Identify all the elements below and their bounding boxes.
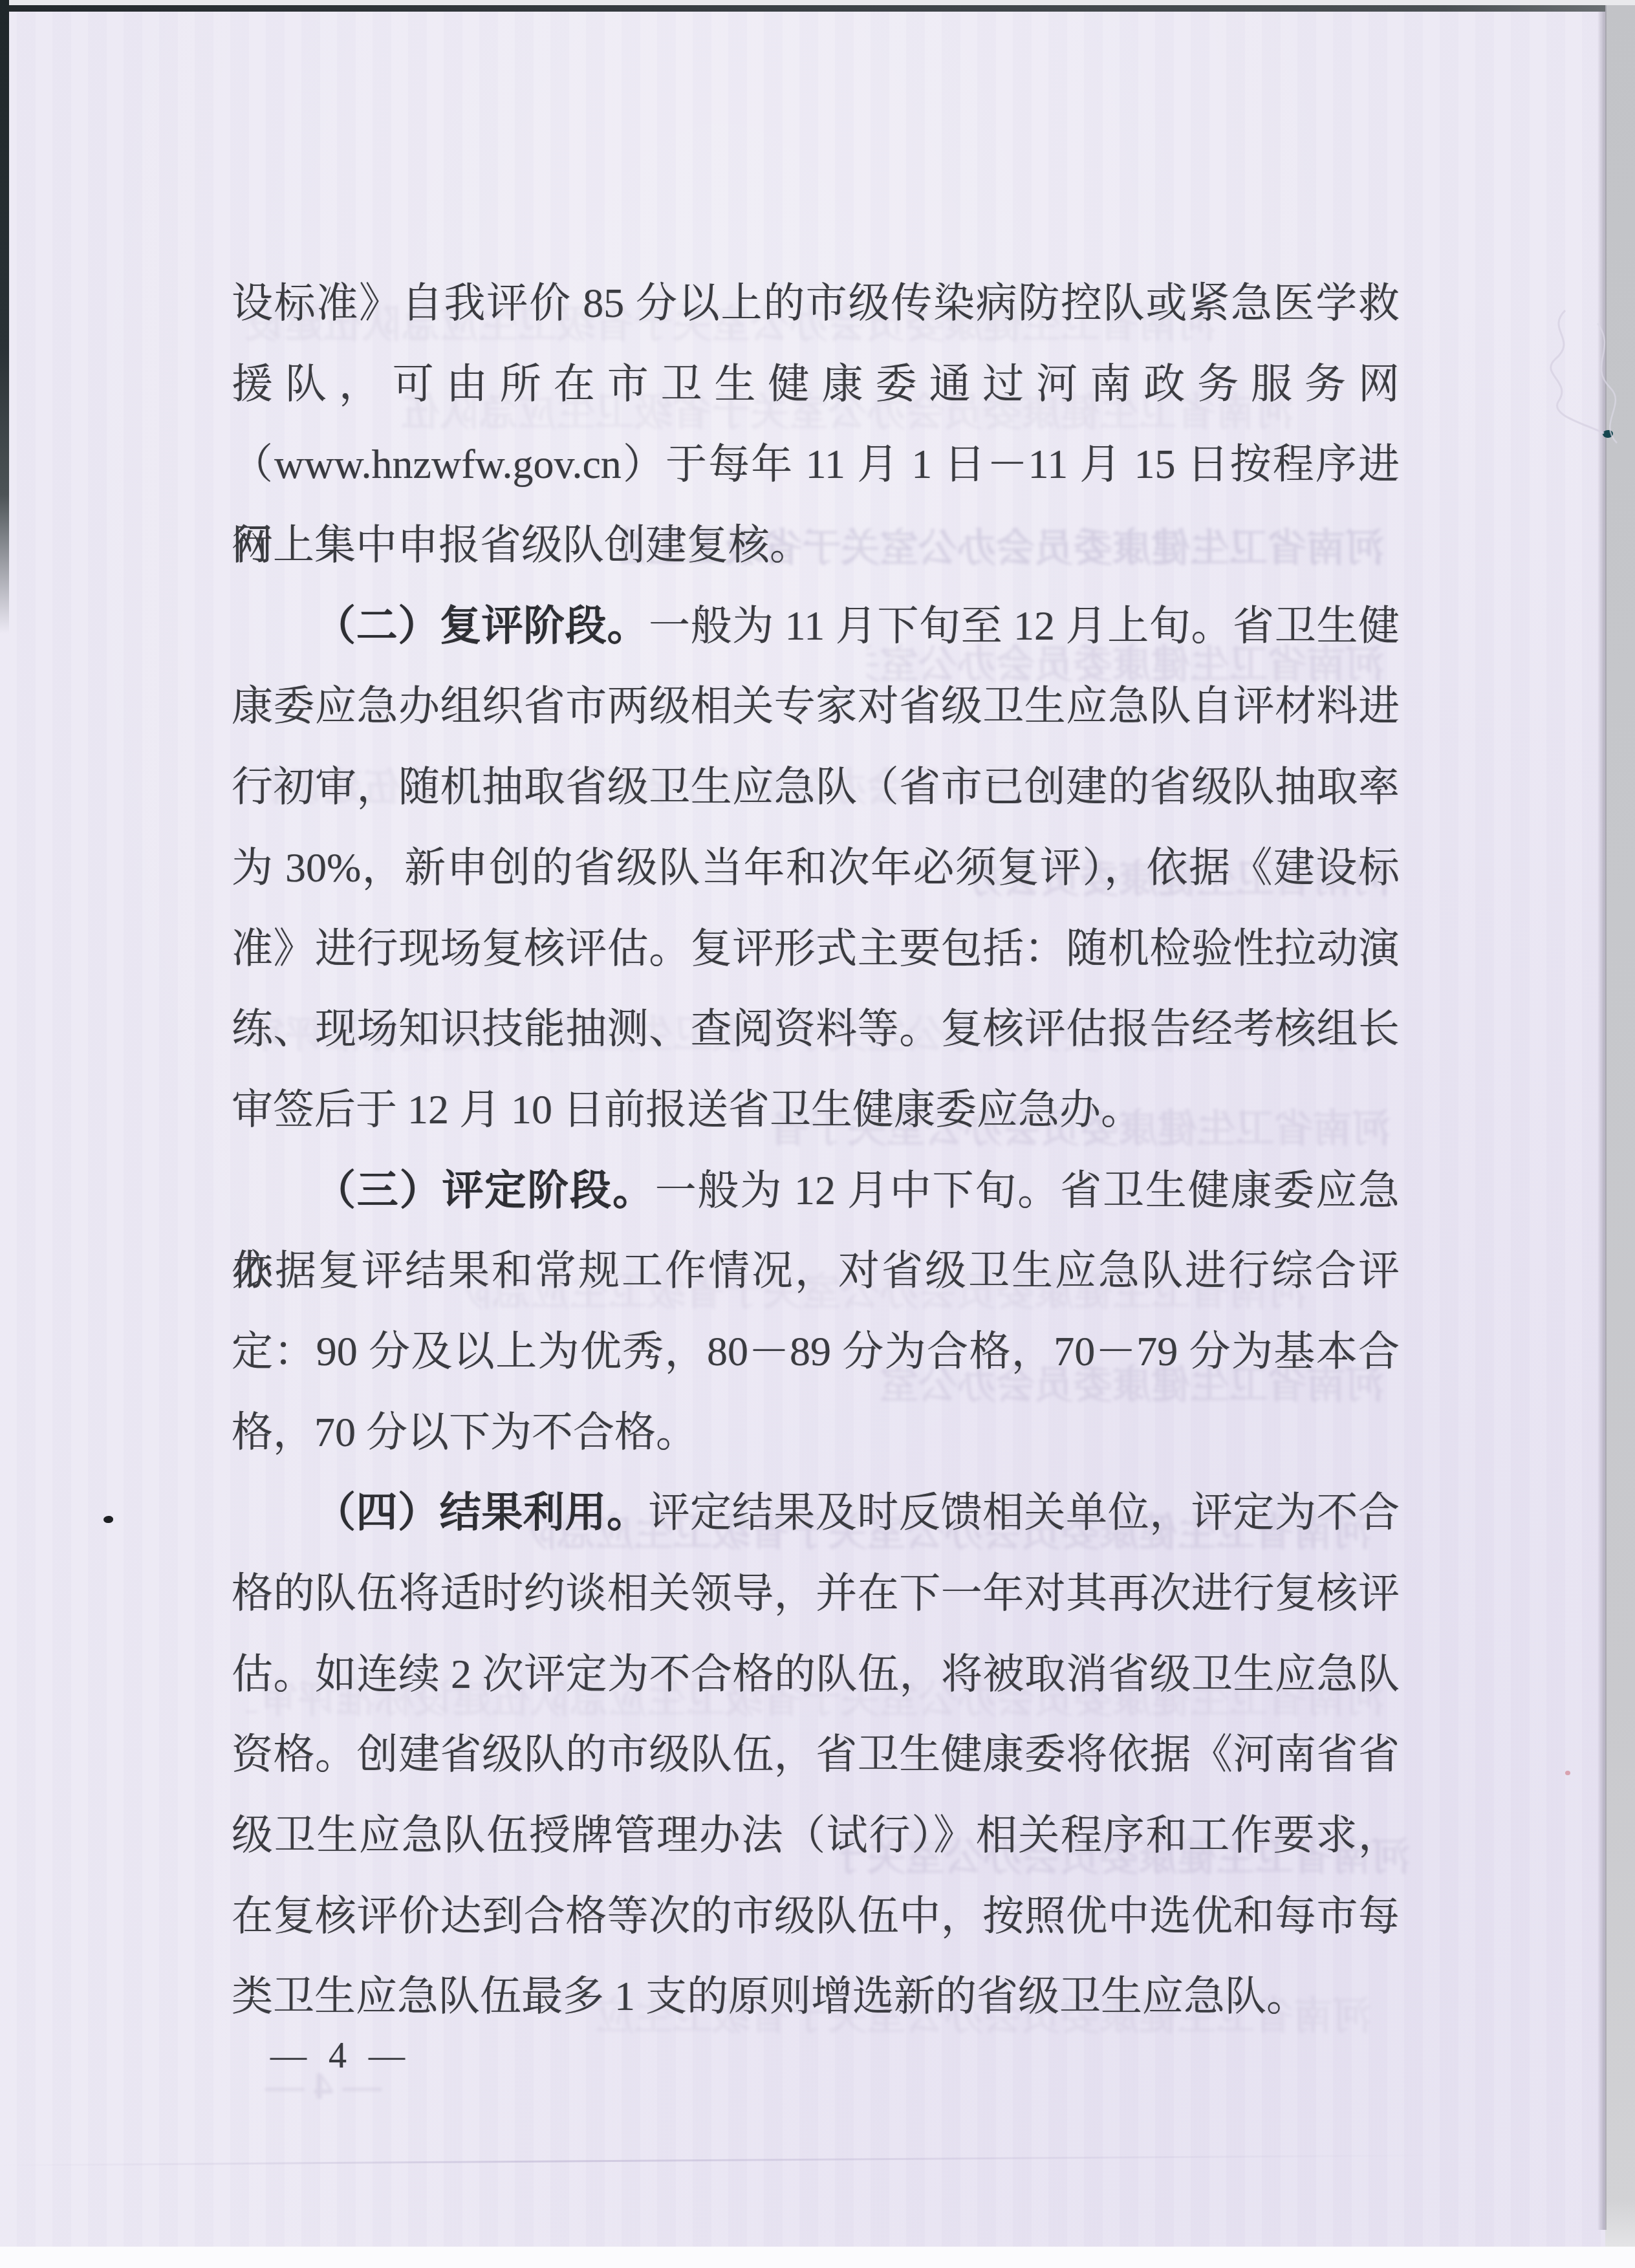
- text-line: 在复核评价达到合格等次的市级队伍中，按照优中选优和每市每: [232, 1876, 1400, 1957]
- text-line: 格，70 分以下为不合格。: [232, 1392, 1400, 1473]
- text-line: 格的队伍将适时约谈相关领导，并在下一年对其再次进行复核评: [232, 1553, 1400, 1634]
- text-line: 依据复评结果和常规工作情况，对省级卫生应急队进行综合评: [232, 1231, 1400, 1312]
- document-body: 设标准》自我评价 85 分以上的市级传染病防控队或紧急医学救 援队，可由所在市卫…: [232, 263, 1400, 2037]
- text-line: 援队，可由所在市卫生健康委通过河南政务服务网: [232, 344, 1400, 425]
- text-line: 类卫生应急队伍最多 1 支的原则增选新的省级卫生应急队。: [232, 1956, 1400, 2037]
- text-line: 估。如连续 2 次评定为不合格的队伍，将被取消省级卫生应急队: [232, 1634, 1400, 1715]
- text-line: 定：90 分及以上为优秀，80－89 分为合格，70－79 分为基本合: [232, 1312, 1400, 1392]
- scan-left-dark-strip: [0, 0, 9, 634]
- section-heading-line: （四）结果利用。评定结果及时反馈相关单位，评定为不合: [232, 1473, 1400, 1553]
- pink-speck: [1565, 1771, 1570, 1775]
- text-line: 练、现场知识技能抽测、查阅资料等。复核评估报告经考核组长: [232, 989, 1400, 1070]
- text-line: 行初审，随机抽取省级卫生应急队（省市已创建的省级队抽取率: [232, 747, 1400, 828]
- text-line: （www.hnzwfw.gov.cn）于每年 11 月 1 日－11 月 15 …: [232, 424, 1400, 505]
- text-line: 资格。创建省级队的市级队伍，省卫生健康委将依据《河南省省: [232, 1714, 1400, 1795]
- text-line: 审签后于 12 月 10 日前报送省卫生健康委应急办。: [232, 1070, 1400, 1150]
- text-line: 级卫生应急队伍授牌管理办法（试行）》相关程序和工作要求，: [232, 1795, 1400, 1876]
- text-line: 康委应急办组织省市两级相关专家对省级卫生应急队自评材料进: [232, 666, 1400, 747]
- scan-top-band: [0, 0, 1635, 5]
- text-line: 为 30%，新申创的省级队当年和次年必须复评），依据《建设标: [232, 828, 1400, 909]
- text-line: 设标准》自我评价 85 分以上的市级传染病防控队或紧急医学救: [232, 263, 1400, 344]
- page-number: — 4 —: [270, 2037, 411, 2075]
- scan-bottom-band: [0, 2247, 1635, 2268]
- scratch-marks: [1526, 304, 1635, 485]
- section-heading-line: （三）评定阶段。一般为 12 月中下旬。省卫生健康委应急办: [232, 1150, 1400, 1231]
- scanned-document-page: 河南省卫生健康委员会办公室关于省级卫生应急队伍建设标准评审工作安排管理规定的通知…: [0, 0, 1635, 2268]
- text-line: 网上集中申报省级队创建复核。: [232, 505, 1400, 586]
- section-heading-line: （二）复评阶段。一般为 11 月下旬至 12 月上旬。省卫生健: [232, 586, 1400, 667]
- ink-dot: [103, 1516, 113, 1523]
- scan-top-dark-line: [0, 5, 1605, 12]
- text-line: 准》进行现场复核评估。复评形式主要包括：随机检验性拉动演: [232, 909, 1400, 989]
